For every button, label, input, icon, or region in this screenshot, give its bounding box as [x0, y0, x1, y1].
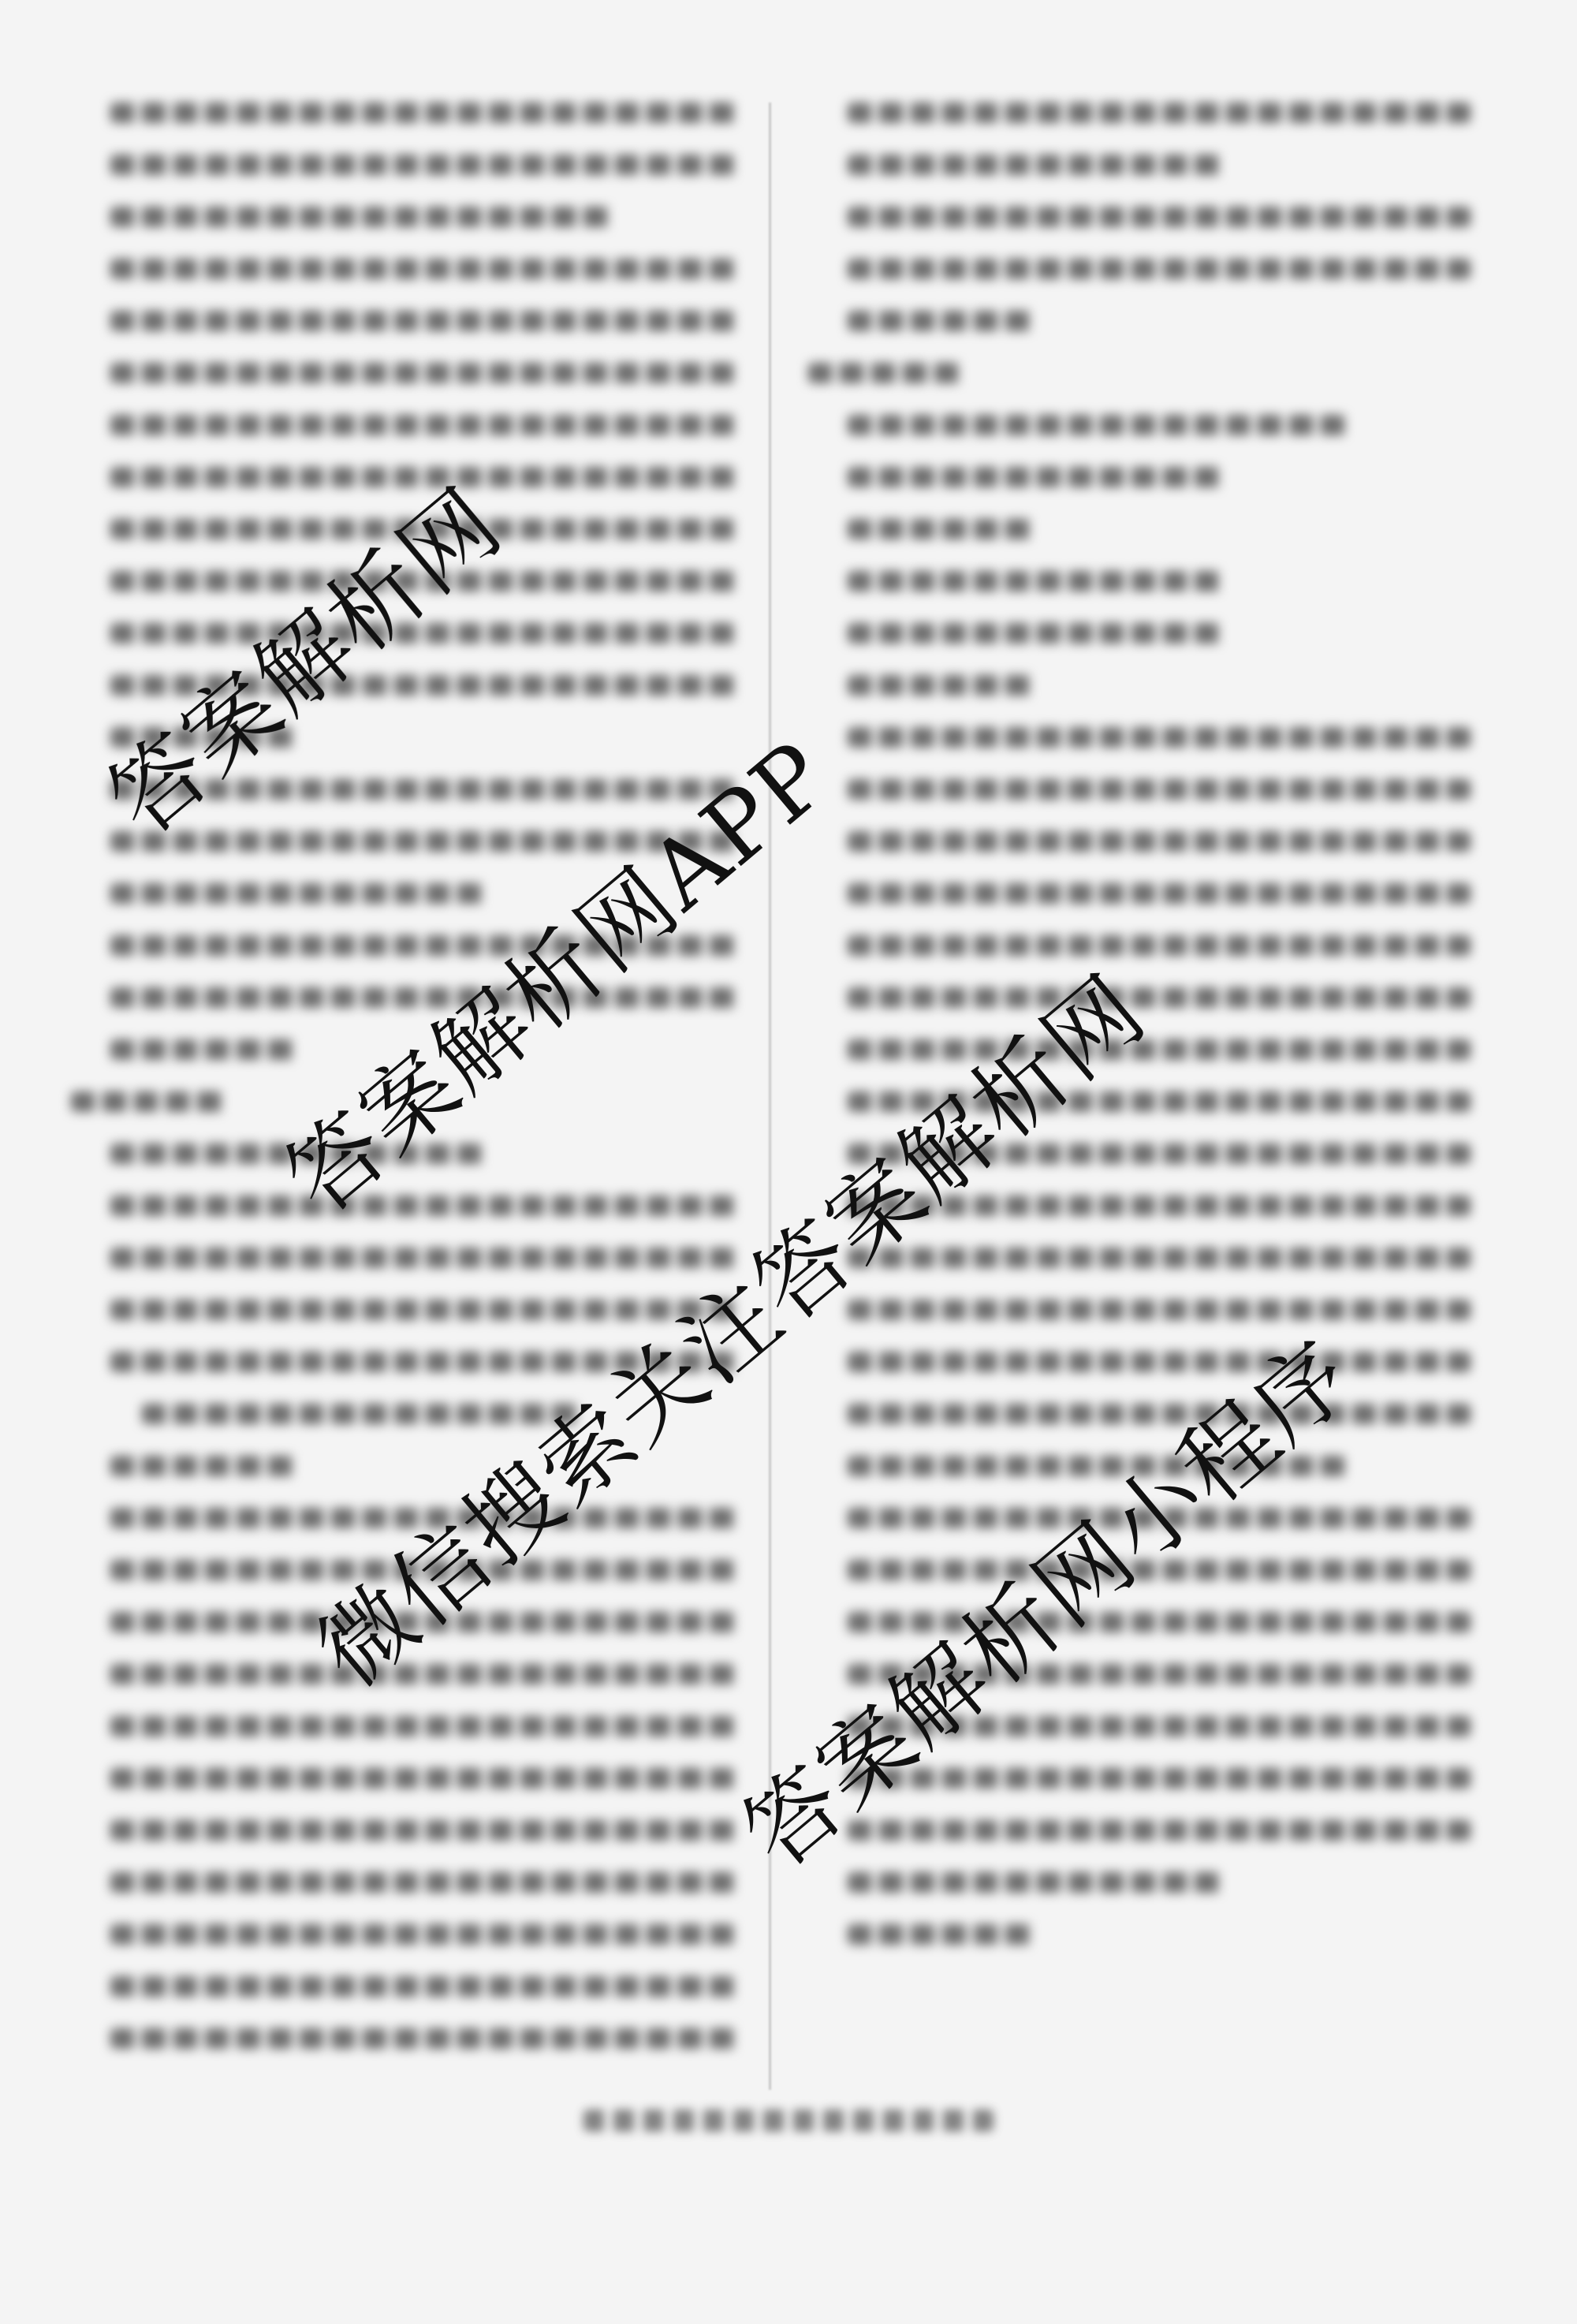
document-page: 答案解析网 答案解析网APP 微信搜索关注答案解析网 答案解析网小程序 — [0, 0, 1577, 2324]
right-column-blurred-text — [848, 103, 1471, 1976]
column-divider — [769, 103, 771, 2090]
page-footer-blurred — [583, 2110, 994, 2132]
left-column-blurred-text — [110, 103, 741, 2080]
